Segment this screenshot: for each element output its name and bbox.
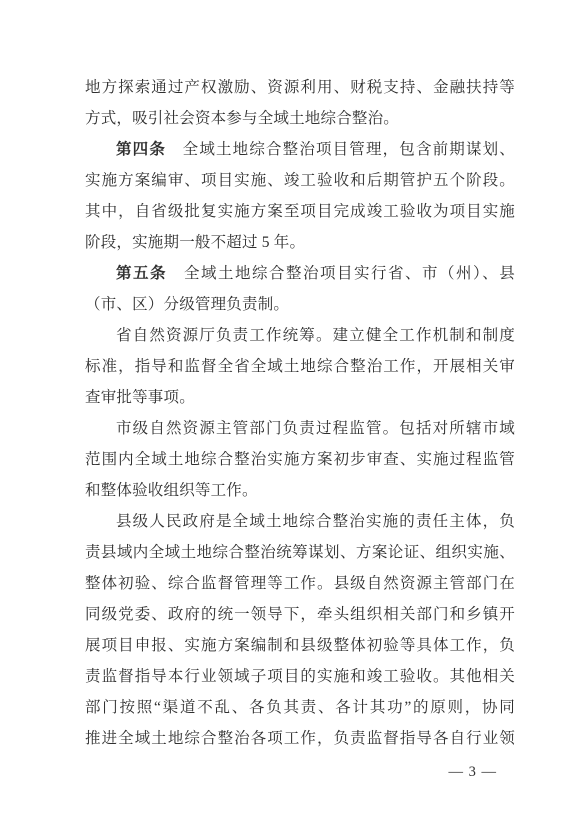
text-line: 责监督指导本行业领域子项目的实施和竣工验收。其他相关 <box>85 661 515 692</box>
text-line: 市级自然资源主管部门负责过程监管。包括对所辖市域 <box>85 413 515 444</box>
text-line: 第五条 全域土地综合整治项目实行省、市（州）、县 <box>85 258 515 289</box>
text-segment: 查审批等事项。 <box>85 389 195 406</box>
text-segment: 和整体验收组织等工作。 <box>85 482 258 499</box>
text-segment: 全域土地综合整治项目实行省、市（州）、县 <box>167 265 515 282</box>
text-segment: 全域土地综合整治项目管理，包含前期谋划、 <box>166 141 515 158</box>
text-line: 部门按照“渠道不乱、各负其责、各计其功”的原则，协同 <box>85 692 515 723</box>
text-line: 地方探索通过产权激励、资源利用、财税支持、金融扶持等 <box>85 72 515 103</box>
text-segment: 市级自然资源主管部门负责过程监管。包括对所辖市域 <box>116 420 515 437</box>
text-segment: 同级党委、政府的统一领导下，牵头组织相关部门和乡镇开 <box>85 606 515 623</box>
text-line: 其中，自省级批复实施方案至项目完成竣工验收为项目实施 <box>85 196 515 227</box>
text-line: 实施方案编审、项目实施、竣工验收和后期管护五个阶段。 <box>85 165 515 196</box>
text-line: 方式，吸引社会资本参与全域土地综合整治。 <box>85 103 515 134</box>
text-line: 县级人民政府是全域土地综合整治实施的责任主体，负 <box>85 506 515 537</box>
text-segment: 推进全域土地综合整治各项工作，负责监督指导各自行业领 <box>85 730 515 747</box>
text-line: 查审批等事项。 <box>85 382 515 413</box>
text-line: 第四条 全域土地综合整治项目管理，包含前期谋划、 <box>85 134 515 165</box>
text-segment: （市、区）分级管理负责制。 <box>85 296 289 313</box>
page-number: — 3 — <box>449 764 498 780</box>
text-segment: 部门按照“渠道不乱、各负其责、各计其功”的原则，协同 <box>85 699 515 716</box>
text-line: 同级党委、政府的统一领导下，牵头组织相关部门和乡镇开 <box>85 599 515 630</box>
text-segment: 其中，自省级批复实施方案至项目完成竣工验收为项目实施 <box>85 203 515 220</box>
text-line: 展项目申报、实施方案编制和县级整体初验等具体工作，负 <box>85 630 515 661</box>
text-segment: 县级人民政府是全域土地综合整治实施的责任主体，负 <box>116 513 515 530</box>
text-segment: 范围内全域土地综合整治实施方案初步审查、实施过程监管 <box>85 451 515 468</box>
text-line: （市、区）分级管理负责制。 <box>85 289 515 320</box>
text-segment: 省自然资源厅负责工作统筹。建立健全工作机制和制度 <box>116 327 515 344</box>
text-segment: 阶段，实施期一般不超过 5 年。 <box>85 234 305 251</box>
text-line: 和整体验收组织等工作。 <box>85 475 515 506</box>
document-body: 地方探索通过产权激励、资源利用、财税支持、金融扶持等方式，吸引社会资本参与全域土… <box>85 72 515 754</box>
text-line: 范围内全域土地综合整治实施方案初步审查、实施过程监管 <box>85 444 515 475</box>
text-segment: 标准，指导和监督全省全域土地综合整治工作，开展相关审 <box>85 358 515 375</box>
text-line: 推进全域土地综合整治各项工作，负责监督指导各自行业领 <box>85 723 515 754</box>
page-footer: — 3 — <box>449 763 498 781</box>
text-line: 阶段，实施期一般不超过 5 年。 <box>85 227 515 258</box>
text-segment: 责县域内全域土地综合整治统筹谋划、方案论证、组织实施、 <box>85 544 515 561</box>
text-line: 责县域内全域土地综合整治统筹谋划、方案论证、组织实施、 <box>85 537 515 568</box>
text-segment: 方式，吸引社会资本参与全域土地综合整治。 <box>85 110 399 127</box>
text-line: 整体初验、综合监督管理等工作。县级自然资源主管部门在 <box>85 568 515 599</box>
text-segment: 整体初验、综合监督管理等工作。县级自然资源主管部门在 <box>85 575 515 592</box>
text-segment: 实施方案编审、项目实施、竣工验收和后期管护五个阶段。 <box>85 172 515 189</box>
text-segment: 责监督指导本行业领域子项目的实施和竣工验收。其他相关 <box>85 668 515 685</box>
document-page: 地方探索通过产权激励、资源利用、财税支持、金融扶持等方式，吸引社会资本参与全域土… <box>0 0 583 827</box>
text-segment: 展项目申报、实施方案编制和县级整体初验等具体工作，负 <box>85 637 515 654</box>
article-number: 第四条 <box>116 141 166 158</box>
text-line: 省自然资源厅负责工作统筹。建立健全工作机制和制度 <box>85 320 515 351</box>
text-segment: 地方探索通过产权激励、资源利用、财税支持、金融扶持等 <box>85 79 515 96</box>
text-line: 标准，指导和监督全省全域土地综合整治工作，开展相关审 <box>85 351 515 382</box>
article-number: 第五条 <box>116 265 167 282</box>
